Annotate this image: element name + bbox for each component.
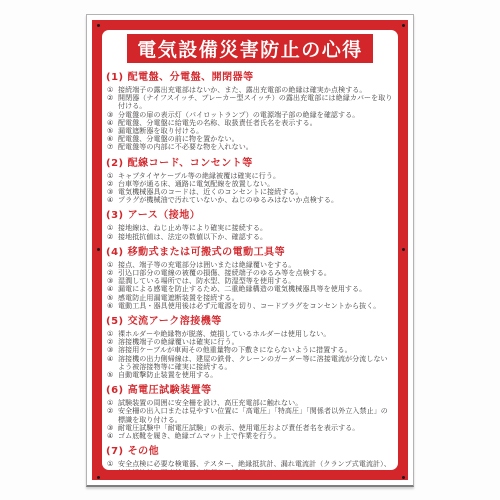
section-heading: (7)その他 [106,446,394,458]
section-title: 交流アーク溶接機等 [128,316,222,327]
item-text: 台車等が通る床、通路に電気配線を放置しない。 [118,180,394,188]
poster-title: 電気設備災害防止の心得 [137,35,363,62]
section-title: 配電盤、分電盤、開閉器等 [128,72,254,83]
item-number-icon: ② [107,407,118,415]
item-text: 漏電による感電を防止するため、二重絶縁構造の電気機械器具等を使用する。 [118,285,394,293]
section-heading: (5)交流アーク溶接機等 [106,316,394,328]
section: (1)配電盤、分電盤、開閉器等 ① 接続端子の露出充電部はないか、また、露出充電… [106,72,394,152]
section: (7)その他 ① 安全点検に必要な検電器、テスター、絶縁抵抗計、漏れ電流計（クラ… [106,446,394,470]
item-number-icon: ① [107,330,118,338]
section-number: (2) [106,158,124,169]
mounting-hole-icon-bottom-right [402,476,405,479]
section-title: アース（接地） [128,210,201,221]
page-background: 電気設備災害防止の心得 (1)配電盤、分電盤、開閉器等 ① 接続端子の露出充電部… [0,0,500,500]
section-item: ② 台車等が通る床、通路に電気配線を放置しない。 [107,180,394,188]
item-number-icon: ⑥ [107,135,118,143]
item-number-icon: ① [107,224,118,232]
item-number-icon: ① [107,172,118,180]
section-heading: (2)配線コード、コンセント等 [106,158,394,170]
item-text: 接点、端子等の充電部分は囲いまたは絶縁覆いをする。 [118,261,394,269]
mounting-hole-icon-middle-right [402,248,405,251]
item-number-icon: ⑤ [107,371,118,379]
section-heading: (3)アース（接地） [106,210,394,222]
section-item: ④ 溶接機の出力側帰線は、建屋の鉄骨、クレーンのガーダー等に溶接電流が分流しない… [107,355,394,371]
section-number: (7) [106,446,124,457]
item-text: 溶接機の出力側帰線は、建屋の鉄骨、クレーンのガーダー等に溶接電流が分流しないよう… [118,355,394,371]
section-title: 高電圧試験装置等 [128,385,212,396]
item-number-icon: ③ [107,424,118,432]
section-item: ② 接地抵抗値は、法定の数値以下か、確認する。 [107,233,394,241]
section-item: ⑤ 漏電遮断器を取り付ける。 [107,127,394,135]
section-item: ③ 耐電圧試験中「耐電圧試験」の表示、使用電圧および責任者名を表示する。 [107,424,394,432]
item-number-icon: ⑥ [107,302,118,310]
section-item: ① キャブタイヤケーブル等の絶縁被覆は確実に行う。 [107,172,394,180]
section-title: その他 [128,446,160,457]
section-item: ③ 電気機械器具のコードは、近くのコンセントに接続する。 [107,188,394,196]
section-item: ① 接地線は、ねじ止め等により確実に接続する。 [107,224,394,232]
item-text: 配電盤等の内部に不必要な物を入れない。 [118,143,394,151]
section-item: ② 安全柵の出入口または見やすい位置に「高電圧」「特高圧」「関係者以外立入禁止」… [107,407,394,423]
section-item: ④ 漏電による感電を防止するため、二重絶縁構造の電気機械器具等を使用する。 [107,285,394,293]
item-number-icon: ③ [107,188,118,196]
item-number-icon: ② [107,269,118,277]
item-number-icon: ④ [107,285,118,293]
mounting-hole-icon-top-right [402,24,405,27]
item-number-icon: ④ [107,119,118,127]
sign-board: 電気設備災害防止の心得 (1)配電盤、分電盤、開閉器等 ① 接続端子の露出充電部… [86,14,414,487]
section-item: ③ 分電盤の扉の表示灯（パイロットランプ）の電源端子部の絶縁を確認する。 [107,111,394,119]
item-number-icon: ② [107,180,118,188]
section-item: ⑤ 感電防止用漏電遮断装置を接続する。 [107,294,394,302]
item-number-icon: ③ [107,346,118,354]
item-number-icon: ④ [107,355,118,363]
section-item: ④ 配電盤、分電盤に給電先の名称、取扱責任者氏名を表示する。 [107,119,394,127]
poster-content: 電気設備災害防止の心得 (1)配電盤、分電盤、開閉器等 ① 接続端子の露出充電部… [104,31,396,470]
item-text: 配電盤、分電盤に給電先の名称、取扱責任者氏名を表示する。 [118,119,394,127]
item-text: 接続端子の露出充電部はないか、また、露出充電部の絶縁は確実か点検する。 [118,86,394,94]
section-item: ① 接続端子の露出充電部はないか、また、露出充電部の絶縁は確実か点検する。 [107,86,394,94]
section-item: ⑥ 電動工具・器具使用後は必ず元電源を切り、コードプラグをコンセントから抜く。 [107,302,394,310]
item-text: 溶接用ケーブルが車両その他重量物の下敷きにならないように措置する。 [118,346,394,354]
section-heading: (6)高電圧試験装置等 [106,385,394,397]
item-number-icon: ③ [107,111,118,119]
item-text: 安全柵の出入口または見やすい位置に「高電圧」「特高圧」「関係者以外立入禁止」の標… [118,407,394,423]
section-title: 配線コード、コンセント等 [128,158,253,169]
item-text: 開閉器（ナイフスイッチ、ブレーカー型スイッチ）の露出充電部には絶縁カバーを取り付… [118,94,394,110]
item-text: 電気機械器具のコードは、近くのコンセントに接続する。 [118,188,394,196]
item-number-icon: ① [107,399,118,407]
item-number-icon: ① [107,86,118,94]
section-heading: (1)配電盤、分電盤、開閉器等 [106,72,394,84]
section: (3)アース（接地） ① 接地線は、ねじ止め等により確実に接続する。 ② 接地抵… [106,210,394,240]
item-number-icon: ⑤ [107,294,118,302]
item-number-icon: ⑦ [107,143,118,151]
item-text: 接地抵抗値は、法定の数値以下か、確認する。 [118,233,394,241]
section-number: (3) [106,210,124,221]
poster-title-banner: 電気設備災害防止の心得 [127,34,373,63]
section-item: ④ ゴム底靴を履き、絶縁ゴムマット上で作業を行う。 [107,432,394,440]
section-number: (4) [106,247,124,258]
item-number-icon: ④ [107,432,118,440]
item-number-icon: ① [107,261,118,269]
item-text: 電動工具・器具使用後は必ず元電源を切り、コードプラグをコンセントから抜く。 [118,302,394,310]
item-text: 自動電撃防止装置を使用する。 [118,371,394,379]
mounting-hole-icon-top-left [97,24,100,27]
section: (5)交流アーク溶接機等 ① 裸ホルダーや絶縁物が脱落、焼損しているホルダーは使… [106,316,394,379]
section-number: (6) [106,385,124,396]
item-number-icon: ① [107,460,118,468]
section-number: (5) [106,316,124,327]
section: (6)高電圧試験装置等 ① 試験装置の周囲に安全柵を設け、高圧充電部に触れない。… [106,385,394,440]
item-text: プラグが機械油で汚れていないか、ねじのゆるみはないか点検する。 [118,196,394,204]
section-number: (1) [106,72,124,83]
item-text: 接地線は、ねじ止め等により確実に接続する。 [118,224,394,232]
item-text: 感電防止用漏電遮断装置を接続する。 [118,294,394,302]
sections-container: (1)配電盤、分電盤、開閉器等 ① 接続端子の露出充電部はないか、また、露出充電… [106,72,394,470]
section: (4)移動式または可搬式の電動工具等 ① 接点、端子等の充電部分は囲いまたは絶縁… [106,247,394,310]
item-text: 耐電圧試験中「耐電圧試験」の表示、使用電圧および責任者名を表示する。 [118,424,394,432]
section-item: ② 開閉器（ナイフスイッチ、ブレーカー型スイッチ）の露出充電部には絶縁カバーを取… [107,94,394,110]
mounting-hole-icon-middle-left [97,248,100,251]
item-number-icon: ③ [107,277,118,285]
item-number-icon: ④ [107,196,118,204]
section: (2)配線コード、コンセント等 ① キャブタイヤケーブル等の絶縁被覆は確実に行う… [106,158,394,205]
section-item: ⑤ 自動電撃防止装置を使用する。 [107,371,394,379]
section-item: ⑦ 配電盤等の内部に不必要な物を入れない。 [107,143,394,151]
section-item: ④ プラグが機械油で汚れていないか、ねじのゆるみはないか点検する。 [107,196,394,204]
section-item: ① 接点、端子等の充電部分は囲いまたは絶縁覆いをする。 [107,261,394,269]
item-number-icon: ⑤ [107,127,118,135]
item-number-icon: ② [107,94,118,102]
section-item: ① 安全点検に必要な検電器、テスター、絶縁抵抗計、漏れ電流計（クランプ式電流計）… [107,460,394,470]
item-number-icon: ② [107,233,118,241]
section-title: 移動式または可搬式の電動工具等 [128,247,286,258]
item-text: ゴム底靴を履き、絶縁ゴムマット上で作業を行う。 [118,432,394,440]
item-text: 漏電遮断器を取り付ける。 [118,127,394,135]
section-item: ③ 溶接用ケーブルが車両その他重量物の下敷きにならないように措置する。 [107,346,394,354]
item-number-icon: ② [107,338,118,346]
section-heading: (4)移動式または可搬式の電動工具等 [106,247,394,259]
item-text: 安全点検に必要な検電器、テスター、絶縁抵抗計、漏れ電流計（クランプ式電流計）、接… [118,460,394,470]
item-text: 分電盤の扉の表示灯（パイロットランプ）の電源端子部の絶縁を確認する。 [118,111,394,119]
mounting-hole-icon-bottom-left [97,476,100,479]
item-text: キャブタイヤケーブル等の絶縁被覆は確実に行う。 [118,172,394,180]
